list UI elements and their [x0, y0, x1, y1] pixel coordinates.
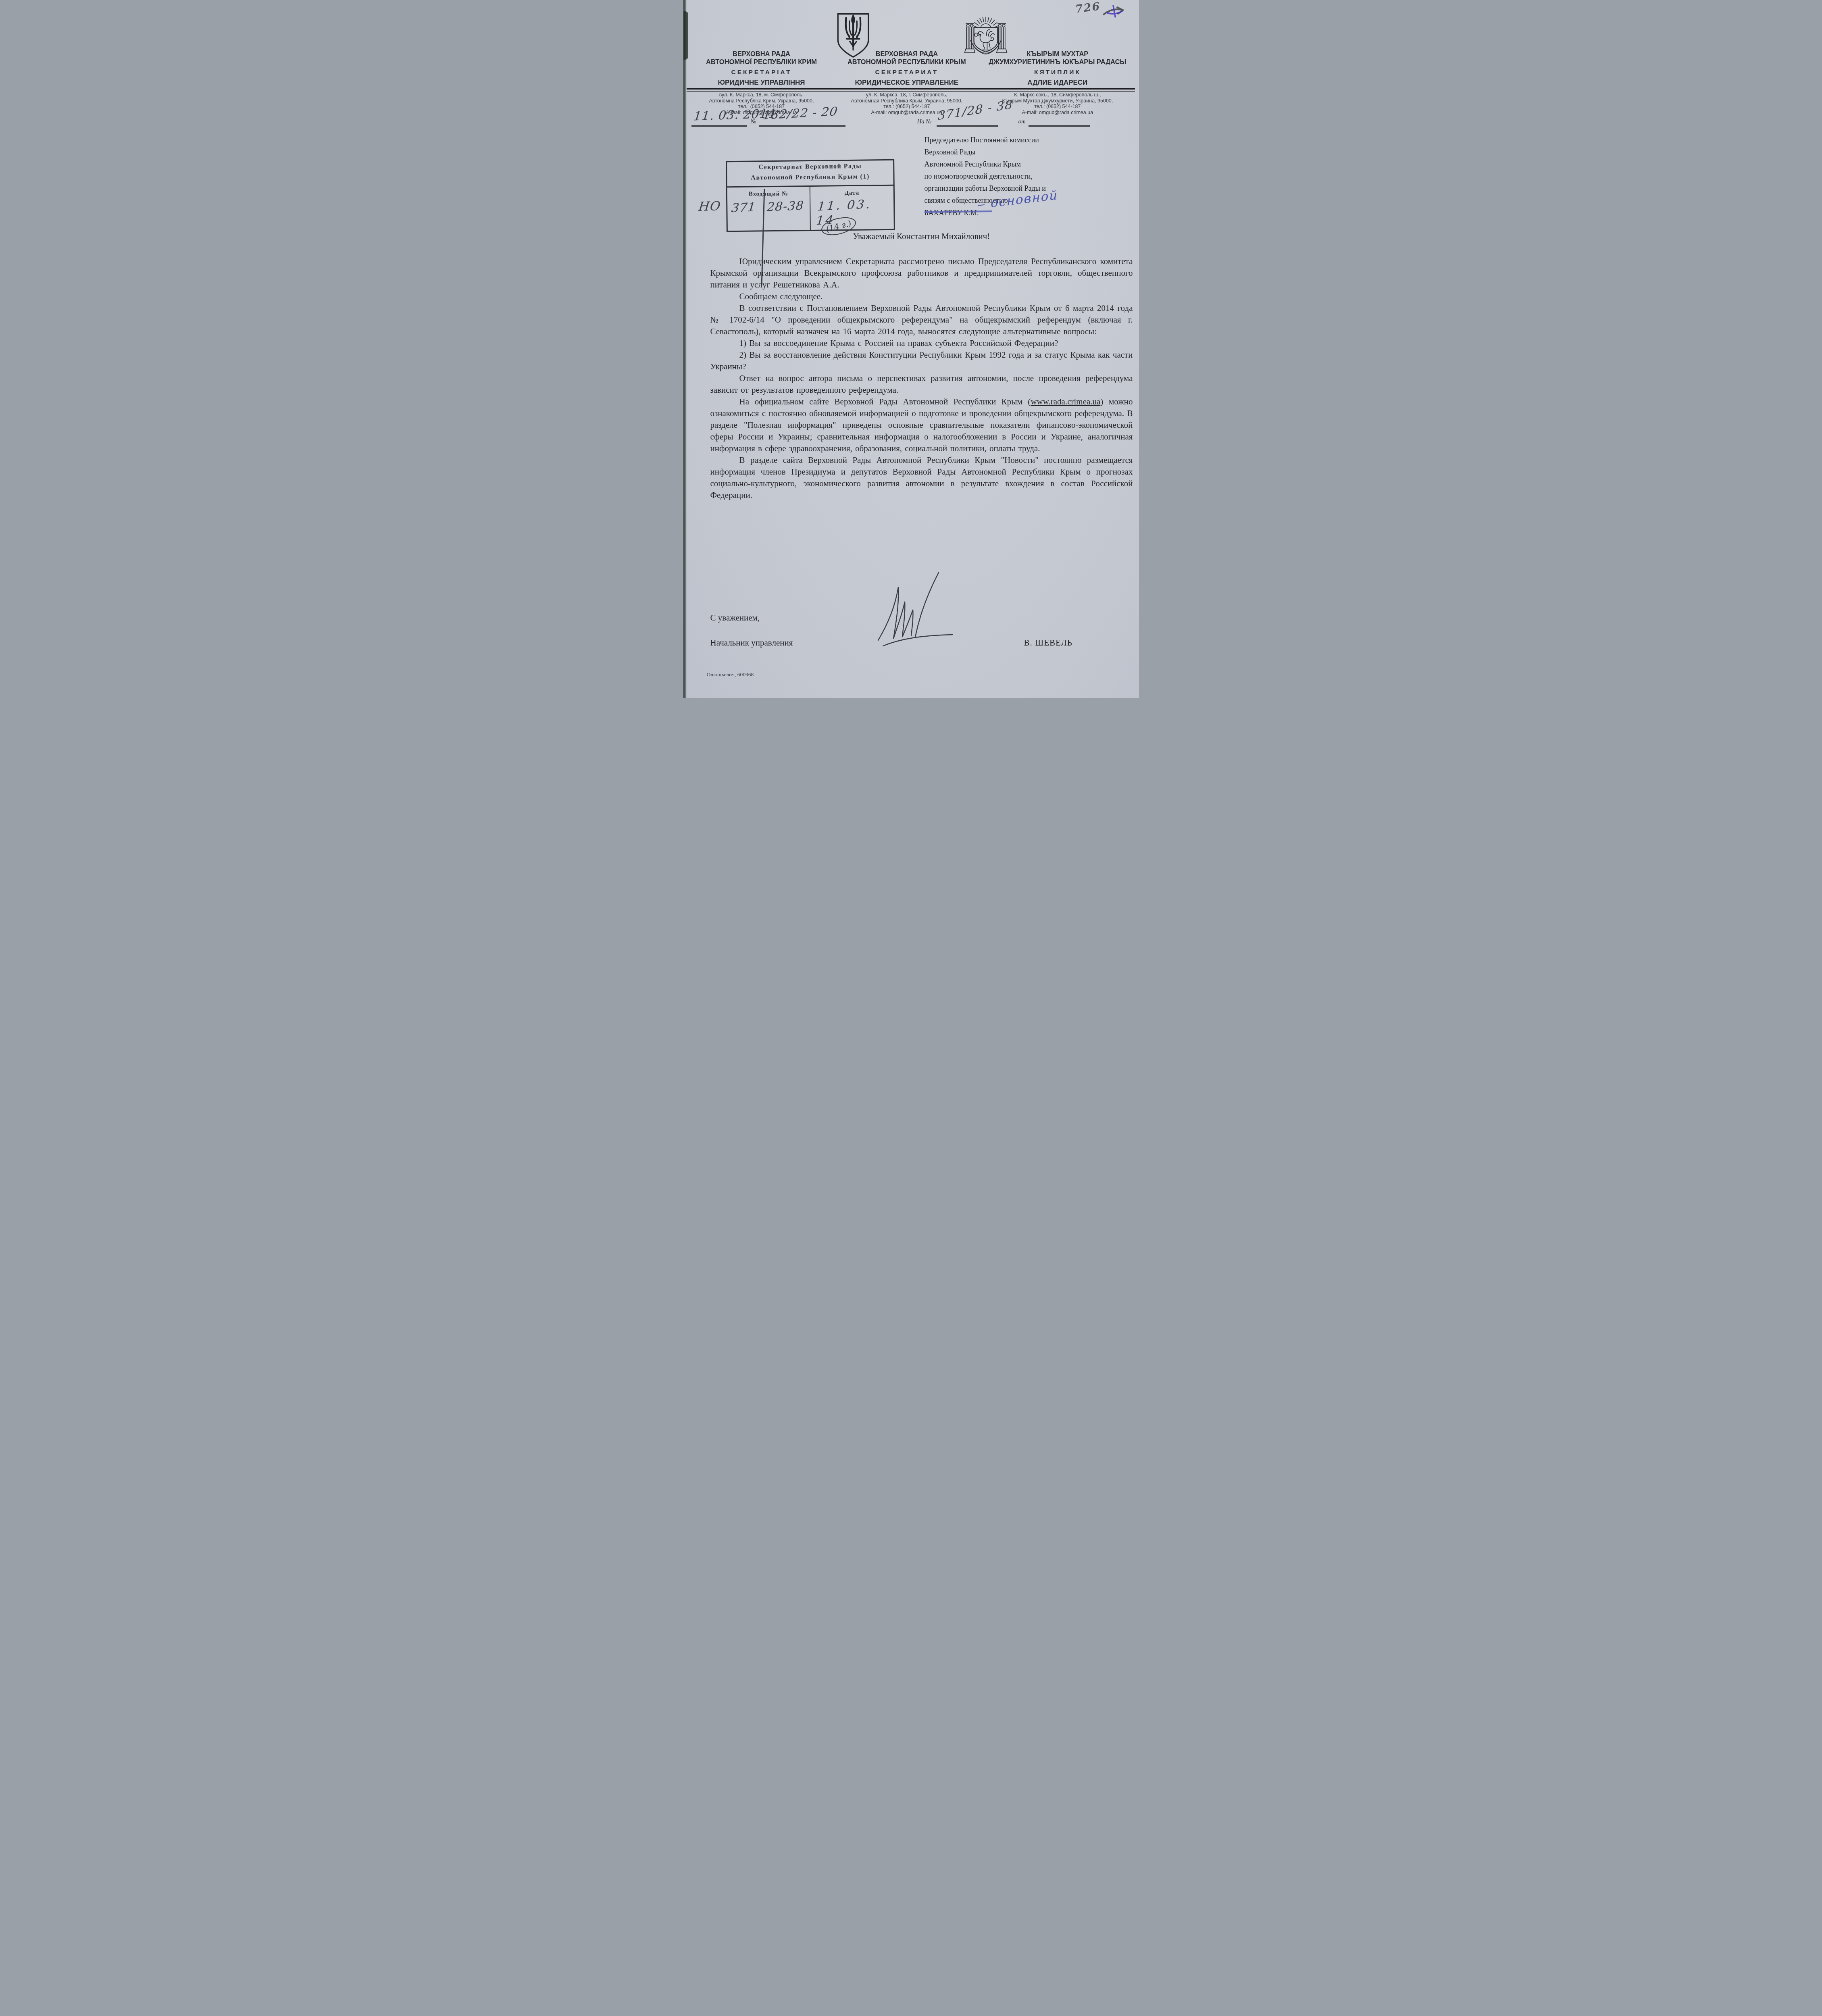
- corner-arrow-icon: [1102, 3, 1128, 21]
- scanned-letter-page: 726: [683, 0, 1139, 698]
- stamp-col-header-date: Дата: [810, 190, 893, 197]
- date-blank-line: [691, 125, 747, 127]
- org-name-line: КЪЫРЫМ МУХТАР: [983, 50, 1132, 58]
- stamp-title-line: Секретариат Верховной Рады: [727, 162, 893, 171]
- recipient-line: Автономной Республики Крым: [925, 158, 1107, 170]
- website-url: www.rada.crimea.ua: [1031, 397, 1100, 406]
- org-name-line: ВЕРХОВНАЯ РАДА: [831, 50, 983, 58]
- dept-line: СЕКРЕТАРИАТ: [831, 69, 983, 76]
- recipient-line: по нормотворческой деятельности,: [925, 170, 1107, 182]
- letterhead-orgs: ВЕРХОВНА РАДА АВТОНОМНОЇ РЕСПУБЛІКИ КРИМ…: [692, 50, 1133, 87]
- signer-position: Начальник управления: [710, 638, 793, 648]
- org-name-line: АВТОНОМНОЇ РЕСПУБЛІКИ КРИМ: [692, 58, 831, 66]
- corner-pencil-number: 726: [1074, 0, 1101, 15]
- executor-footer: Олюшкевич, 600968: [707, 671, 754, 678]
- body-paragraph: 1) Вы за воссоединение Крыма с Россией н…: [710, 337, 1133, 349]
- dept-line: КЯТИПЛИК: [983, 69, 1132, 76]
- no-label: №: [751, 119, 756, 125]
- signature-icon: [867, 569, 968, 656]
- body-paragraph: Юридическим управлением Секретариата рас…: [710, 256, 1133, 291]
- recipient-addressee: БАХАРЕВУ К.М.: [925, 207, 1107, 219]
- ot-blank-line: [1029, 125, 1090, 127]
- number-blank-line: [759, 125, 845, 127]
- salutation: Уважаемый Константин Михайлович!: [710, 231, 1133, 242]
- address-line: Автономна Республіка Крим, Україна, 9500…: [692, 98, 831, 104]
- na-no-label: На №: [917, 119, 932, 125]
- letterhead-col-russian: ВЕРХОВНАЯ РАДА АВТОНОМНОЙ РЕСПУБЛИКИ КРЫ…: [831, 50, 983, 87]
- recipient-line: Председателю Постоянной комиссии: [925, 134, 1107, 146]
- recipient-line: Верховной Рады: [925, 146, 1107, 158]
- letterhead-col-ukrainian: ВЕРХОВНА РАДА АВТОНОМНОЇ РЕСПУБЛІКИ КРИМ…: [692, 50, 831, 87]
- scan-edge-shadow: [683, 0, 687, 698]
- address-line: Автономная Республика Крым, Украина, 950…: [831, 98, 983, 104]
- body-paragraph: Ответ на вопрос автора письма о перспект…: [710, 373, 1133, 396]
- org-name-line: ДЖУМХУРИЕТИНИНЪ ЮКЪАРЫ РАДАСЫ: [983, 58, 1132, 66]
- dept-line: СЕКРЕТАРІАТ: [692, 69, 831, 76]
- closing-regards: С уважением,: [710, 613, 760, 623]
- org-name-line: ВЕРХОВНА РАДА: [692, 50, 831, 58]
- na-blank-line: [937, 125, 998, 127]
- address-line: вул. К. Маркса, 18, м. Сімферополь,: [692, 92, 831, 98]
- letter-body: Юридическим управлением Секретариата рас…: [710, 256, 1133, 501]
- dept-line: ЮРИДИЧЕСКОЕ УПРАВЛЕНИЕ: [831, 79, 983, 87]
- dept-line: ЮРИДИЧНЕ УПРАВЛІННЯ: [692, 79, 831, 87]
- signer-name: В. ШЕВЕЛЬ: [1024, 638, 1072, 648]
- stamp-title-line: Автономной Республики Крым (1): [727, 173, 893, 182]
- dept-line: АДЛИЕ ИДАРЕСИ: [983, 79, 1132, 87]
- address-line: ул. К. Маркса, 18, г. Симферополь,: [831, 92, 983, 98]
- body-paragraph: В соответствии с Постановлением Верховно…: [710, 302, 1133, 337]
- org-name-line: АВТОНОМНОЙ РЕСПУБЛИКИ КРЫМ: [831, 58, 983, 66]
- stamp-col-header-incoming: Входящий №: [727, 190, 809, 198]
- scan-edge-smudge: [683, 11, 688, 60]
- handwritten-margin-note: НО: [698, 199, 721, 214]
- letterhead-col-crimean-tatar: КЪЫРЫМ МУХТАР ДЖУМХУРИЕТИНИНЪ ЮКЪАРЫ РАД…: [983, 50, 1132, 87]
- body-text: На официальном сайте Верховной Рады Авто…: [739, 397, 1031, 406]
- letterhead-divider: [687, 88, 1135, 92]
- body-paragraph: В разделе сайта Верховной Рады Автономно…: [710, 454, 1133, 501]
- address-line: К. Маркс сокъ., 18, Симферополь ш.,: [983, 92, 1132, 98]
- body-paragraph: Сообщаем следующее.: [710, 291, 1133, 302]
- registration-stamp: Секретариат Верховной Рады Автономной Ре…: [726, 159, 895, 232]
- ot-label: от: [1018, 119, 1026, 125]
- body-paragraph: 2) Вы за восстановление действия Констит…: [710, 349, 1133, 373]
- stamp-incoming-suffix: 28-38: [766, 199, 804, 215]
- body-paragraph-with-link: На официальном сайте Верховной Рады Авто…: [710, 396, 1133, 454]
- stamp-incoming-number: 371: [731, 200, 756, 215]
